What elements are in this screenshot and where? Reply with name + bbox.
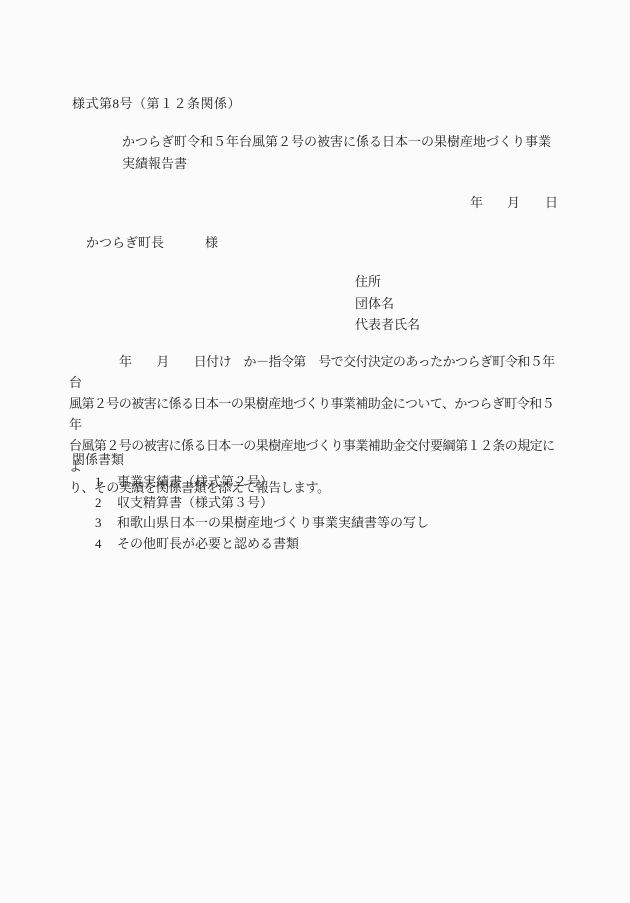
date-day-label: 日 <box>545 195 558 210</box>
sender-block: 住所 団体名 代表者氏名 <box>355 271 420 336</box>
attachment-item-text: 和歌山県日本一の果樹産地づくり事業実績書等の写し <box>117 513 429 534</box>
attachment-item-text: その他町長が必要と認める書類 <box>117 534 299 555</box>
attachment-item-number: 3 <box>95 513 117 534</box>
attachment-item: 2 収支精算書（様式第３号） <box>95 493 429 514</box>
sender-organization-label: 団体名 <box>355 293 420 315</box>
attachment-item-text: 収支精算書（様式第３号） <box>117 493 273 514</box>
attachment-item: 4 その他町長が必要と認める書類 <box>95 534 429 555</box>
date-year-label: 年 <box>470 195 483 210</box>
attachment-item-number: 1 <box>95 472 117 493</box>
sender-address-label: 住所 <box>355 271 420 293</box>
addressee-line: かつらぎ町長様 <box>86 232 218 253</box>
form-number-label: 様式第8号（第１２条関係） <box>72 93 241 114</box>
attachment-item: 1 事業実績書（様式第２号） <box>95 472 429 493</box>
body-line-1: 年 月 日付け か－指令第 号で交付決定のあったかつらぎ町令和５年台 <box>69 351 563 393</box>
document-title-line-1: かつらぎ町令和５年台風第２号の被害に係る日本一の果樹産地づくり事業 <box>122 131 551 153</box>
addressee-name: かつらぎ町長 <box>86 235 164 250</box>
body-line-2: 風第２号の被害に係る日本一の果樹産地づくり事業補助金について、かつらぎ町令和５年 <box>69 393 563 435</box>
attachment-item-text: 事業実績書（様式第２号） <box>117 472 273 493</box>
date-month-label: 月 <box>507 195 520 210</box>
attachment-item-number: 4 <box>95 534 117 555</box>
attachments-heading: 関係書類 <box>72 449 124 470</box>
sender-representative-label: 代表者氏名 <box>355 314 420 336</box>
attachments-list: 1 事業実績書（様式第２号） 2 収支精算書（様式第３号） 3 和歌山県日本一の… <box>95 472 429 554</box>
document-page: 様式第8号（第１２条関係） かつらぎ町令和５年台風第２号の被害に係る日本一の果樹… <box>0 0 630 903</box>
document-title: かつらぎ町令和５年台風第２号の被害に係る日本一の果樹産地づくり事業 実績報告書 <box>122 131 551 175</box>
date-line: 年月日 <box>470 192 558 213</box>
document-title-line-2: 実績報告書 <box>122 153 551 175</box>
body-line-3: 台風第２号の被害に係る日本一の果樹産地づくり事業補助金交付要綱第１２条の規定によ <box>69 435 563 477</box>
attachment-item-number: 2 <box>95 493 117 514</box>
attachment-item: 3 和歌山県日本一の果樹産地づくり事業実績書等の写し <box>95 513 429 534</box>
addressee-honorific: 様 <box>205 235 218 250</box>
